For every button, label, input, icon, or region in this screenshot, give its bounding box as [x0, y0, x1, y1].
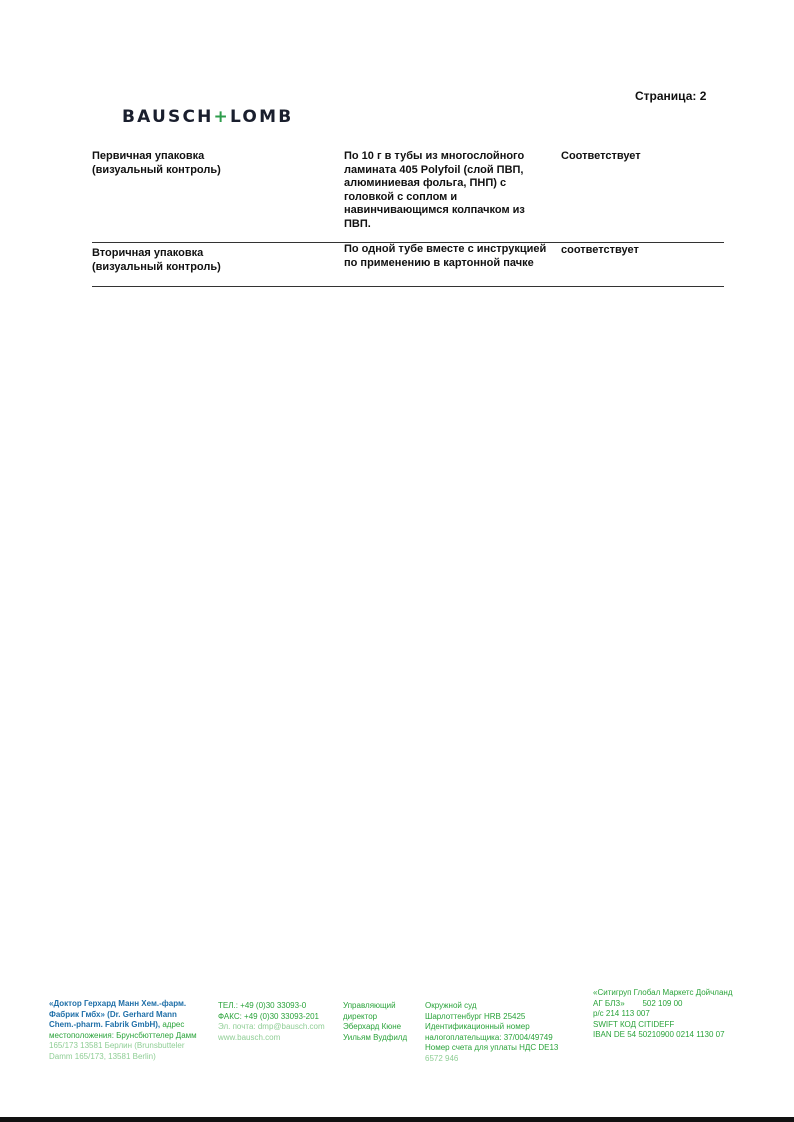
row-divider — [92, 286, 724, 287]
footer-company: «Доктор Герхард Манн Хем.-фарм. Фабрик Г… — [49, 999, 214, 1062]
result: соответствует — [561, 244, 721, 258]
test-name: Первичная упаковка (визуальный контроль) — [92, 150, 332, 177]
footer-management: Управляющий директор Эберхард Кюне Уилья… — [343, 1001, 418, 1043]
footer-registry: Окружной суд Шарлоттенбург HRB 25425 Иде… — [425, 1001, 585, 1064]
result: Соответствует — [561, 150, 721, 164]
footer-contacts: ТЕЛ.: +49 (0)30 33093-0 ФАКС: +49 (0)30 … — [218, 1001, 338, 1043]
test-name: Вторичная упаковка (визуальный контроль) — [92, 247, 332, 274]
plus-icon: + — [214, 107, 230, 127]
footer-bank: «Ситигруп Глобал Маркетс Дойчланд АГ БЛЗ… — [593, 988, 753, 1041]
logo-left: BAUSCH — [122, 107, 214, 127]
page-number: Страница: 2 — [635, 89, 706, 103]
specification: По 10 г в тубы из многослойного ламината… — [344, 150, 554, 231]
logo-right: LOMB — [230, 107, 293, 127]
scan-edge — [0, 1117, 794, 1122]
bausch-lomb-logo: BAUSCH+LOMB — [122, 107, 293, 127]
specification: По одной тубе вместе с инструкцией по пр… — [344, 243, 554, 270]
